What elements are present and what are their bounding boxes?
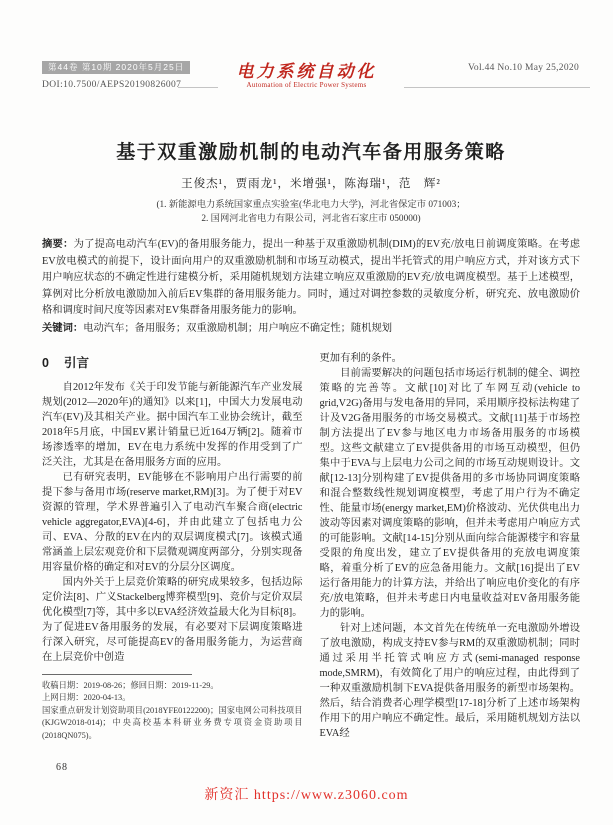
journal-page: 第44卷 第10期 2020年5月25日 DOI:10.7500/AEPS201… (0, 0, 613, 825)
footnote-line: 国家重点研发计划资助项目(2018YFE0122200)；国家电网公司科技项目(… (42, 705, 303, 743)
doi-text: DOI:10.7500/AEPS20190826007 (42, 80, 181, 90)
article-body: 基于双重激励机制的电动汽车备用服务策略 王俊杰¹，贾雨龙¹，米增强¹，陈海瑞¹，… (42, 137, 580, 743)
left-column: 0引言 自2012年发布《关于印发节能与新能源汽车产业发展规划(2012—202… (42, 351, 303, 743)
header-rule-left (178, 87, 218, 88)
issue-badge: 第44卷 第10期 2020年5月25日 (42, 61, 190, 74)
keywords-text: 电动汽车；备用服务；双重激励机制；用户响应不确定性；随机规划 (83, 323, 392, 334)
affiliation-line-1: (1. 新能源电力系统国家重点实验室(华北电力大学)，河北省保定市 071003… (42, 198, 580, 212)
journal-logo: 电力系统自动化 (237, 57, 377, 82)
abstract-block: 摘要：为了提高电动汽车(EV)的备用服务能力，提出一种基于双重激励机制(DIM)… (42, 237, 580, 320)
page-number: 68 (56, 762, 68, 773)
affiliation-line-2: 2. 国网河北省电力有限公司，河北省石家庄市 050000) (42, 212, 580, 226)
abstract-label: 摘要： (42, 239, 74, 250)
right-column: 更加有利的条件。 目前需要解决的问题包括市场运行机制的健全、调控策略的完善等。文… (320, 351, 581, 743)
paragraph: 自2012年发布《关于印发节能与新能源汽车产业发展规划(2012—2020年)的… (42, 380, 303, 470)
footnote-rule (42, 674, 192, 675)
paragraph: 针对上述问题，本文首先在传统单一充电激励外增设了放电激励，构成支持EV参与RM的… (320, 621, 581, 741)
paragraph: 已有研究表明，EV能够在不影响用户出行需要的前提下参与备用市场(reserve … (42, 470, 303, 575)
journal-name-en: Automation of Electric Power Systems (246, 81, 366, 89)
paragraph-continuation: 更加有利的条件。 (320, 351, 581, 366)
watermark-link[interactable]: 新资汇 https://www.z3060.com (204, 784, 408, 804)
abstract-text: 为了提高电动汽车(EV)的备用服务能力，提出一种基于双重激励机制(DIM)的EV… (42, 239, 580, 316)
footnotes: 收稿日期：2019-08-26；修回日期：2019-11-29。 上网日期：20… (42, 674, 303, 743)
article-title: 基于双重激励机制的电动汽车备用服务策略 (42, 137, 580, 164)
paragraph: 目前需要解决的问题包括市场运行机制的健全、调控策略的完善等。文献[10]对比了车… (320, 366, 581, 621)
section-title: 引言 (64, 356, 89, 370)
paragraph: 国内外关于上层竞价策略的研究成果较多，包括边际定价法[8]、广义Stackelb… (42, 575, 303, 665)
footnote-line: 上网日期：2020-04-13。 (42, 692, 303, 705)
header-rule-right (404, 87, 590, 88)
authors-line: 王俊杰¹，贾雨龙¹，米增强¹，陈海瑞¹，范 辉² (42, 175, 580, 191)
section-heading: 0引言 (42, 353, 303, 371)
keywords-label: 关键词： (42, 323, 83, 334)
volume-info: Vol.44 No.10 May 25,2020 (468, 63, 579, 73)
two-column-body: 0引言 自2012年发布《关于印发节能与新能源汽车产业发展规划(2012—202… (42, 351, 580, 743)
footnote-line: 收稿日期：2019-08-26；修回日期：2019-11-29。 (42, 680, 303, 693)
keywords-block: 关键词：电动汽车；备用服务；双重激励机制；用户响应不确定性；随机规划 (42, 321, 580, 338)
section-number: 0 (42, 356, 49, 370)
